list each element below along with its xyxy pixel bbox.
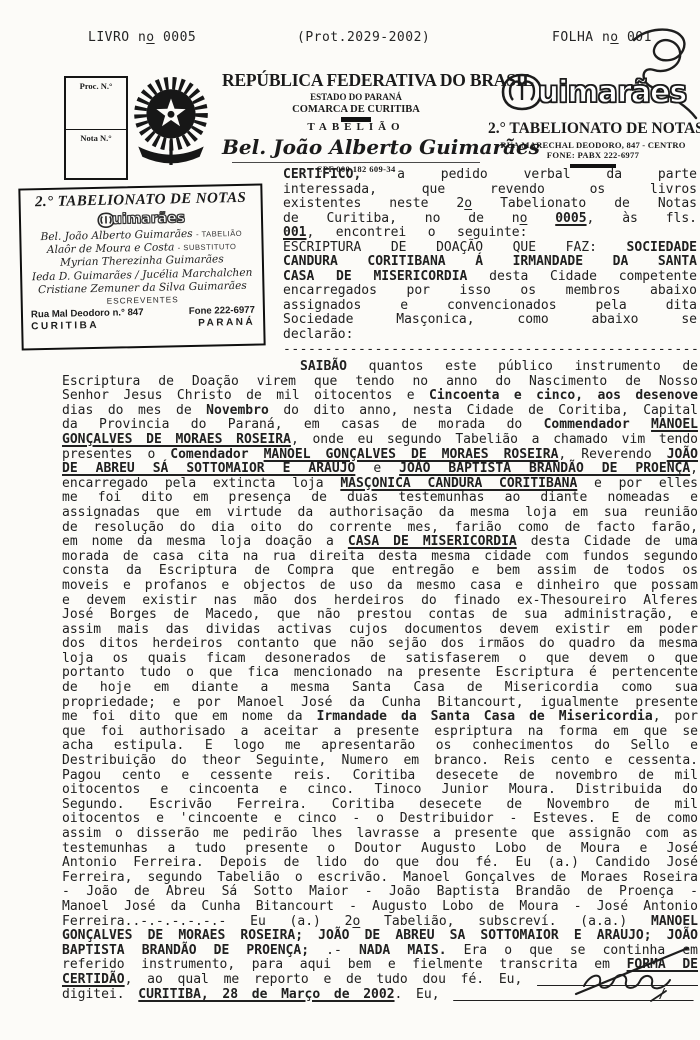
stamp-role: - SUBSTITUTO xyxy=(178,242,237,252)
escriptura-paragraph: ESCRIPTURA DE DOAÇÃO QUE FAZ: SOCIEDADE … xyxy=(283,241,697,343)
protocol-number: (Prot.2029-2002) xyxy=(297,30,430,45)
stamp-role: - TABELIÃO xyxy=(196,229,242,239)
brand-logo: uimarães xyxy=(488,66,698,118)
stamp-state: PARANÁ xyxy=(198,317,255,329)
stamp-brand-wordmark: uimarães xyxy=(112,210,185,228)
office-title: 2.° TABELIONATO DE NOTAS xyxy=(488,120,698,138)
notary-name: Bel. João Alberto Guimarães xyxy=(222,135,490,159)
office-address: RUA MARECHAL DEODORO, 847 - CENTRO xyxy=(488,140,698,150)
notary-rubber-stamp: 2.° TABELIONATO DE NOTAS uimarães Bel. J… xyxy=(18,183,265,350)
name-rule xyxy=(232,162,480,163)
header-right: uimarães 2.° TABELIONATO DE NOTAS RUA MA… xyxy=(488,66,698,168)
stamp-address: Rua Mal Deodoro n.° 847 xyxy=(31,307,144,320)
stamp-city: CURITIBA xyxy=(31,320,99,332)
stamp-name: Alaôr de Moura e Costa xyxy=(47,242,175,257)
scanned-notary-certificate: LIVRO no 0005 (Prot.2029-2002) FOLHA no … xyxy=(0,0,700,1040)
folha-number: FOLHA no 001 xyxy=(552,30,652,45)
deed-transcription-body: SAIBÃO quantos este público instrumento … xyxy=(62,360,698,1002)
tabeliao-label: TABELIÃO xyxy=(222,121,490,133)
certifico-column: CERTIFICO, a pedido verbal da parte inte… xyxy=(283,168,697,358)
header-center: REPÚBLICA FEDERATIVA DO BRASIL ESTADO DO… xyxy=(222,70,490,174)
republic-title: REPÚBLICA FEDERATIVA DO BRASIL xyxy=(222,70,490,91)
dash-separator: ----------------------------------------… xyxy=(283,343,697,358)
comarca-line: COMARCA DE CURITIBA xyxy=(222,104,490,115)
livro-number: LIVRO no 0005 xyxy=(88,30,196,45)
stamp-phone: Fone 222-6977 xyxy=(189,305,255,317)
office-phone: FONE: PABX 222-6977 xyxy=(488,150,698,160)
proc-cell: Proc. N.° xyxy=(66,78,126,130)
nota-cell: Nota N.° xyxy=(66,130,126,178)
state-line: ESTADO DO PARANÁ xyxy=(222,92,490,102)
certifico-paragraph: CERTIFICO, a pedido verbal da parte inte… xyxy=(283,168,697,241)
proc-nota-box: Proc. N.° Nota N.° xyxy=(64,76,128,180)
brand-wordmark: uimarães xyxy=(538,75,686,110)
brazil-coat-of-arms-icon xyxy=(126,70,216,174)
